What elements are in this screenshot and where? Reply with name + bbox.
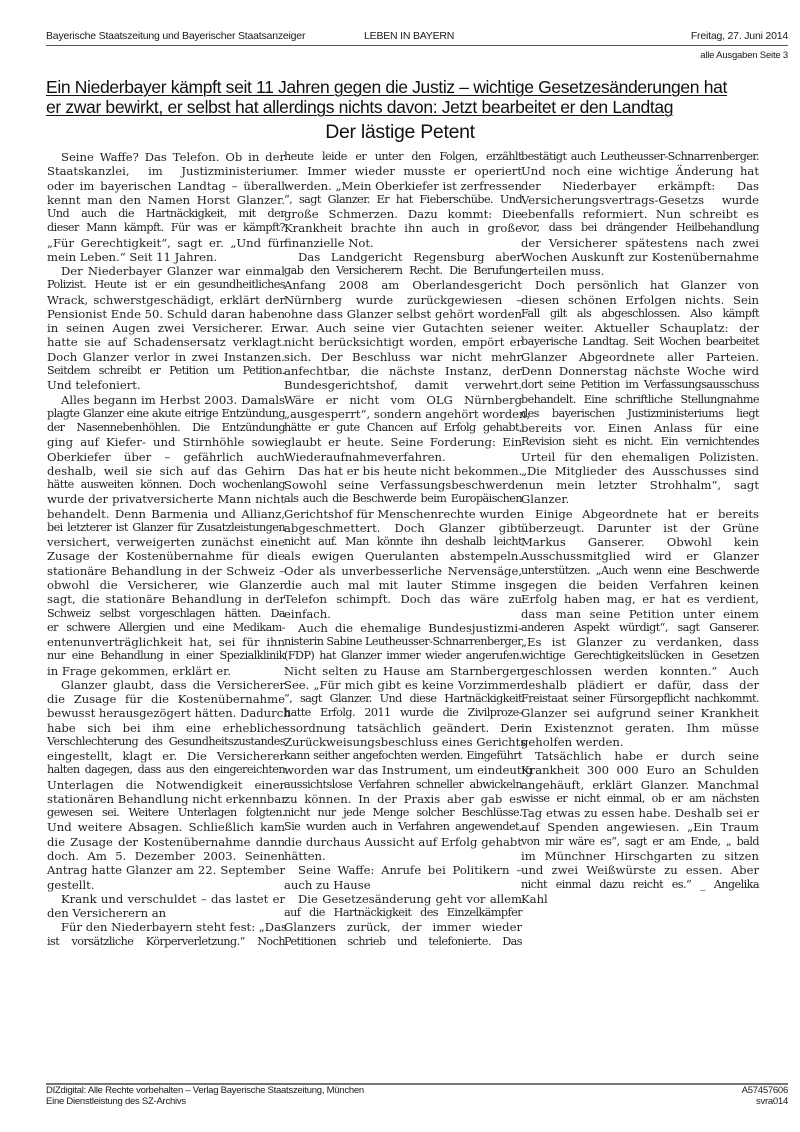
article-text-line: geholfen werden. xyxy=(521,735,759,749)
article-text-line: Unterlagen die Notwendigkeit einer xyxy=(47,778,285,792)
article-text-line: unterstützen. „Auch wenn eine Beschwerde xyxy=(521,564,759,578)
publication-name: Bayerische Staatszeitung und Bayerischer… xyxy=(46,30,305,42)
article-text-line: gestellt. xyxy=(47,878,285,892)
article-text-line: die Zusage der Kostenübernahme dann xyxy=(47,835,285,849)
article-text-line: angehäuft, erklärt Glanzer. Manchmal xyxy=(521,778,759,792)
kicker-line: er zwar bewirkt, er selbst hat allerding… xyxy=(46,97,746,117)
archive-service-note: Eine Dienstleistung des SZ-Archivs xyxy=(46,1097,364,1108)
article-text-line: auf die Hartnäckigkeit des Einzelkämpfer xyxy=(284,906,522,920)
article-text-line: gab den Versicherern Recht. Die Berufung xyxy=(284,264,522,278)
article-text-line: Sie wurden auch in Verfahren angewendet, xyxy=(284,820,522,834)
article-text-line: er weiter. Aktueller Schauplatz: der xyxy=(521,321,759,335)
article-text-line: Markus Ganserer. Obwohl kein xyxy=(521,535,759,549)
article-text-line: halten dagegen, dass aus den eingereicht… xyxy=(47,763,285,777)
article-text-line: „Es ist Glanzer zu verdanken, dass xyxy=(521,635,759,649)
article-text-line: oder im bayerischen Landtag – überall xyxy=(47,179,285,193)
article-text-line: ist vorsätzliche Körperverletzung.“ Noch xyxy=(47,935,285,949)
article-text-line: deshalb plädiert er dafür, dass der xyxy=(521,678,759,692)
archive-code: svra014 xyxy=(742,1097,788,1108)
article-text-line: nisterin Sabine Leutheusser-Schnarrenber… xyxy=(284,635,522,649)
article-text-line: Verschlechterung des Gesundheitszustande… xyxy=(47,735,285,749)
article-text-line: ohne dass Glanzer selbst gehört worden xyxy=(284,307,522,321)
article-text-line: Und telefoniert. xyxy=(47,378,285,392)
article-text-line: Seitdem schreibt er Petition um Petition… xyxy=(47,364,285,378)
article-text-line: stationäre Behandlung in der Schweiz – xyxy=(47,564,285,578)
article-text-line: „ausgesperrt“, sondern angehört worden, xyxy=(284,407,522,421)
article-text-line: einfach. xyxy=(284,607,522,621)
article-text-line: behandelt. Denn Barmenia und Allianz, xyxy=(47,507,285,521)
article-text-line: die Zusage für die Kostenübernahme xyxy=(47,692,285,706)
article-text-line: Krankheit brachte ihn auch in große xyxy=(284,221,522,235)
article-text-line: die auch mal mit lauter Stimme ins xyxy=(284,578,522,592)
article-text-line: Und noch eine wichtige Änderung hat xyxy=(521,164,759,178)
article-text-line: deshalb, weil sie sich auf das Gehirn xyxy=(47,464,285,478)
article-text-line: hätten. xyxy=(284,849,522,863)
article-text-line: in Frage gekommen, erklärt er. xyxy=(47,664,285,678)
article-text-line: Zurückweisungsbeschluss eines Gerichts xyxy=(284,735,522,749)
article-text-line: ging auf Kiefer- und Stirnhöhle sowie xyxy=(47,435,285,449)
article-text-line: habe sich bei ihm eine erhebliche xyxy=(47,721,285,735)
article-column-2: heute leide er unter den Folgen, erzählt… xyxy=(284,150,522,949)
article-text-line: er. Immer wieder musste er operiert xyxy=(284,164,522,178)
article-text-line: Doch Glanzer verlor in zwei Instanzen. xyxy=(47,350,285,364)
article-text-line: hatte Erfolg. 2011 wurde die Zivilproze- xyxy=(284,706,522,720)
article-text-line: ebenfalls reformiert. Nun schreibt es xyxy=(521,207,759,221)
article-text-line: eingestellt, klagt er. Die Versicherer xyxy=(47,749,285,763)
article-text-line: gegen die beiden Verfahren keinen xyxy=(521,578,759,592)
article-text-line: Alles begann im Herbst 2003. Damals xyxy=(47,393,285,407)
article-text-line: bereits vor. Einen Anlass für eine xyxy=(521,421,759,435)
article-text-line: als ewigen Querulanten abstempeln. xyxy=(284,549,522,563)
article-text-line: Polizist. Heute ist er ein gesundheitlic… xyxy=(47,278,285,292)
article-text-line: bestätigt auch Leutheusser-Schnarrenberg… xyxy=(521,150,759,164)
article-text-line: bei letzterer ist Glanzer für Zusatzleis… xyxy=(47,521,285,535)
article-kicker: Ein Niederbayer kämpft seit 11 Jahren ge… xyxy=(46,77,746,117)
copyright-notice: DIZdigital: Alle Rechte vorbehalten – Ve… xyxy=(46,1086,364,1097)
article-text-line: Sowohl seine Verfassungsbeschwerde xyxy=(284,478,522,492)
article-text-line: Und auch die Hartnäckigkeit, mit der xyxy=(47,207,285,221)
article-text-line: Ausschussmitglied wird er Glanzer xyxy=(521,549,759,563)
article-text-line: obwohl die Versicherer, wie Glanzer xyxy=(47,578,285,592)
article-text-line: abgeschmettert. Doch Glanzer gibt xyxy=(284,521,522,535)
article-text-line: Urteil für den ehemaligen Polizisten. xyxy=(521,450,759,464)
article-text-line: worden war das Instrument, um eindeutig xyxy=(284,763,522,777)
article-text-line: Nürnberg wurde zurückgewiesen – xyxy=(284,293,522,307)
article-text-line: war. Auch seine vier Gutachten seien xyxy=(284,321,522,335)
article-text-line: gewesen sei. Weitere Unterlagen folgten. xyxy=(47,806,285,820)
article-text-line: Freistaat seiner Fürsorgepflicht nachkom… xyxy=(521,692,759,706)
article-text-line: ssordnung tatsächlich geändert. Der xyxy=(284,721,522,735)
article-text-line: geschlossen werden konnten.“ Auch xyxy=(521,664,759,678)
article-text-line: Pensionist Ende 50. Schuld daran haben xyxy=(47,307,285,321)
article-text-line: Anfang 2008 am Oberlandesgericht xyxy=(284,278,522,292)
article-text-line: nun mein letzter Strohhalm“, sagt xyxy=(521,478,759,492)
article-text-line: zu können. In der Praxis aber gab es xyxy=(284,792,522,806)
article-text-line: „Für Gerechtigkeit“, sagt er. „Und für xyxy=(47,236,285,250)
article-text-line: und zwei Weißwürste zu essen. Aber xyxy=(521,863,759,877)
article-headline: Der lästige Petent xyxy=(0,121,800,144)
article-text-line: Antrag hatte Glanzer am 22. September xyxy=(47,863,285,877)
article-text-line: der Nasennebenhöhlen. Die Entzündung xyxy=(47,421,285,435)
article-column-3: bestätigt auch Leutheusser-Schnarrenberg… xyxy=(521,150,759,906)
article-text-line: heute leide er unter den Folgen, erzählt xyxy=(284,150,522,164)
article-text-line: Telefon schimpft. Doch das wäre zu xyxy=(284,592,522,606)
article-text-line: anfechtbar, die nächste Instanz, der xyxy=(284,364,522,378)
article-text-line: der Versicherer spätestens nach zwei xyxy=(521,236,759,250)
article-text-line: Glanzer sei aufgrund seiner Krankheit xyxy=(521,706,759,720)
article-text-line: Glanzer Abgeordnete aller Parteien. xyxy=(521,350,759,364)
article-text-line: er schwere Allergien und eine Medikam- xyxy=(47,621,285,635)
article-text-line: Oberkiefer über – gefährlich auch xyxy=(47,450,285,464)
article-text-line: Zusage der Kostenübernahme für die xyxy=(47,549,285,563)
article-text-line: kann seither angefochten werden. Eingefü… xyxy=(284,749,522,763)
article-text-line: aussichtslose Verfahren schneller abwick… xyxy=(284,778,522,792)
article-text-line: (FDP) hat Glanzer immer wieder angerufen… xyxy=(284,649,522,663)
article-text-line: Glanzers zurück, der immer wieder xyxy=(284,920,522,934)
article-text-line: Erfolg haben mag, er hat es verdient, xyxy=(521,592,759,606)
article-text-line: Fall gilt als abgeschlossen. Also kämpft xyxy=(521,307,759,321)
article-text-line: entenunverträglichkeit hat, sei für ihn xyxy=(47,635,285,649)
article-text-line: See. „Für mich gibt es keine Vorzimmer xyxy=(284,678,522,692)
article-text-line: bayerische Landtag. Seit Wochen bearbeit… xyxy=(521,335,759,349)
article-text-line: Krankheit 300 000 Euro an Schulden xyxy=(521,763,759,777)
article-text-line: plagte Glanzer eine akute eitrige Entzün… xyxy=(47,407,285,421)
article-text-line: Bundesgerichtshof, damit verwehrt. xyxy=(284,378,522,392)
article-text-line: auch zu Hause xyxy=(284,878,522,892)
article-text-line: hatte sie auf Schadensersatz verklagt. xyxy=(47,335,285,349)
article-text-line: Staatskanzlei, im Justizministerium xyxy=(47,164,285,178)
article-text-line: sagt, die stationäre Behandlung in der xyxy=(47,592,285,606)
article-text-line: Doch persönlich hat Glanzer von xyxy=(521,278,759,292)
article-text-line: „Die Mitglieder des Ausschusses sind xyxy=(521,464,759,478)
article-text-line: des bayerischen Justizministeriums liegt xyxy=(521,407,759,421)
article-text-line: Kahl xyxy=(521,892,759,906)
document-id: A57457606 xyxy=(742,1086,788,1097)
article-text-line: dieser Mann kämpft. Für was er kämpft? xyxy=(47,221,285,235)
article-text-line: wisse er nicht einmal, ob er am nächsten xyxy=(521,792,759,806)
article-text-line: von mir wäre es“, sagt er am Ende, „ bal… xyxy=(521,835,759,849)
article-text-line: hätte ausweiten können. Doch wochenlang xyxy=(47,478,285,492)
article-text-line: Oder als unverbesserliche Nervensäge, xyxy=(284,564,522,578)
article-text-line: vor, dass bei drängender Heilbehandlung xyxy=(521,221,759,235)
article-text-line: Gerichtshof für Menschenrechte wurden xyxy=(284,507,522,521)
article-text-line: Seine Waffe? Das Telefon. Ob in der xyxy=(47,150,285,164)
article-text-line: Glanzer. xyxy=(521,492,759,506)
article-text-line: nicht einmal dazu reicht es.“ _ Angelika xyxy=(521,878,759,892)
article-text-line: wichtige Gerechtigkeitslücken in Gesetze… xyxy=(521,649,759,663)
article-text-line: Für den Niederbayern steht fest: „Das xyxy=(47,920,285,934)
article-text-line: Versicherungsvertrags-Gesetzs wurde xyxy=(521,193,759,207)
article-text-line: Nicht selten zu Hause am Starnberger xyxy=(284,664,522,678)
article-text-line: Wiederaufnahmeverfahren. xyxy=(284,450,522,464)
article-text-line: erteilen muss. xyxy=(521,264,759,278)
section-name: LEBEN IN BAYERN xyxy=(364,30,454,42)
article-text-line: hätte er gute Chancen auf Erfolg gehabt, xyxy=(284,421,522,435)
article-text-line: Das hat er bis heute nicht bekommen. xyxy=(284,464,522,478)
article-text-line: große Schmerzen. Dazu kommt: Die xyxy=(284,207,522,221)
article-text-line: nicht auf. Man könnte ihn deshalb leicht xyxy=(284,535,522,549)
article-text-line: in seinen Augen zwei Versicherer. Er xyxy=(47,321,285,335)
article-text-line: in Existenznot geraten. Ihm müsse xyxy=(521,721,759,735)
article-text-line: überzeugt. Darunter ist der Grüne xyxy=(521,521,759,535)
article-text-line: nicht nur jede Menge solcher Beschlüsse. xyxy=(284,806,522,820)
article-text-line: diesen schönen Erfolgen nichts. Sein xyxy=(521,293,759,307)
article-text-line: Schweiz selbst vorgeschlagen hätten. Da xyxy=(47,607,285,621)
edition-page-info: alle Ausgaben Seite 3 xyxy=(700,50,788,61)
article-text-line: kennt man den Namen Horst Glanzer. xyxy=(47,193,285,207)
article-text-line: werden. „Mein Oberkiefer ist zerfressen xyxy=(284,179,522,193)
article-text-line: Revision sieht es nicht. Ein vernichtend… xyxy=(521,435,759,449)
article-text-line: Die Gesetzesänderung geht vor allem xyxy=(284,892,522,906)
article-text-line: Seine Waffe: Anrufe bei Politikern – xyxy=(284,863,522,877)
article-text-line: Petitionen schrieb und telefonierte. Das xyxy=(284,935,522,949)
article-text-line: behandelt. Eine schriftliche Stellungnah… xyxy=(521,393,759,407)
article-text-line: Wäre er nicht vom OLG Nürnberg xyxy=(284,393,522,407)
article-text-line: finanzielle Not. xyxy=(284,236,522,250)
masthead: Bayerische Staatszeitung und Bayerischer… xyxy=(46,30,788,46)
article-text-line: Auch die ehemalige Bundesjustizmi- xyxy=(284,621,522,635)
article-text-line: “, sagt Glanzer. Er hat Fieberschübe. Un… xyxy=(284,193,522,207)
article-text-line: Wrack, schwerstgeschädigt, erklärt der xyxy=(47,293,285,307)
article-text-line: sich. Der Beschluss war nicht mehr xyxy=(284,350,522,364)
article-text-line: Der Niederbayer Glanzer war einmal xyxy=(47,264,285,278)
article-text-line: Tatsächlich habe er durch seine xyxy=(521,749,759,763)
article-text-line: mein Leben.“ Seit 11 Jahren. xyxy=(47,250,285,264)
article-text-line: die durchaus Aussicht auf Erfolg gehabt xyxy=(284,835,522,849)
article-text-line: nur eine Behandlung in einer Spezialklin… xyxy=(47,649,285,663)
article-text-line: bewusst herausgezögert hätten. Dadurch xyxy=(47,706,285,720)
article-text-line: versichert, verweigerten zunächst eine xyxy=(47,535,285,549)
article-text-line: der Niederbayer erkämpft: Das xyxy=(521,179,759,193)
article-text-line: doch. Am 5. Dezember 2003. Seinen xyxy=(47,849,285,863)
article-text-line: Krank und verschuldet – das lastet er xyxy=(47,892,285,906)
article-text-line: Das Landgericht Regensburg aber xyxy=(284,250,522,264)
article-text-line: im Münchner Hirschgarten zu sitzen xyxy=(521,849,759,863)
article-text-line: auf Spenden angewiesen. „Ein Traum xyxy=(521,820,759,834)
article-text-line: Wochen Auskunft zur Kostenübernahme xyxy=(521,250,759,264)
issue-date: Freitag, 27. Juni 2014 xyxy=(691,30,788,42)
article-text-line: Glanzer glaubt, dass die Versicherer xyxy=(47,678,285,692)
article-text-line: anderen Aspekt würdigt“, sagt Ganserer. xyxy=(521,621,759,635)
article-text-line: “, sagt Glanzer. Und diese Hartnäckigkei… xyxy=(284,692,522,706)
article-text-line: Einige Abgeordnete hat er bereits xyxy=(521,507,759,521)
article-text-line: wurde der privatversicherte Mann nicht xyxy=(47,492,285,506)
article-text-line: den Versicherern an xyxy=(47,906,285,920)
article-text-line: Tag etwas zu essen habe. Deshalb sei er xyxy=(521,806,759,820)
article-text-line: glaubt er heute. Seine Forderung: Ein xyxy=(284,435,522,449)
article-text-line: nicht berücksichtigt worden, empört er xyxy=(284,335,522,349)
article-text-line: dort seine Petition im Verfassungsaussch… xyxy=(521,378,759,392)
article-text-line: stationären Behandlung nicht erkennbar xyxy=(47,792,285,806)
article-column-1: Seine Waffe? Das Telefon. Ob in derStaat… xyxy=(47,150,285,949)
article-text-line: Denn Donnerstag nächste Woche wird xyxy=(521,364,759,378)
article-text-line: als auch die Beschwerde beim Europäische… xyxy=(284,492,522,506)
article-text-line: dass man seine Petition unter einem xyxy=(521,607,759,621)
masthead-divider xyxy=(46,45,788,46)
kicker-line: Ein Niederbayer kämpft seit 11 Jahren ge… xyxy=(46,77,746,97)
article-text-line: Und weitere Absagen. Schließlich kam xyxy=(47,820,285,834)
